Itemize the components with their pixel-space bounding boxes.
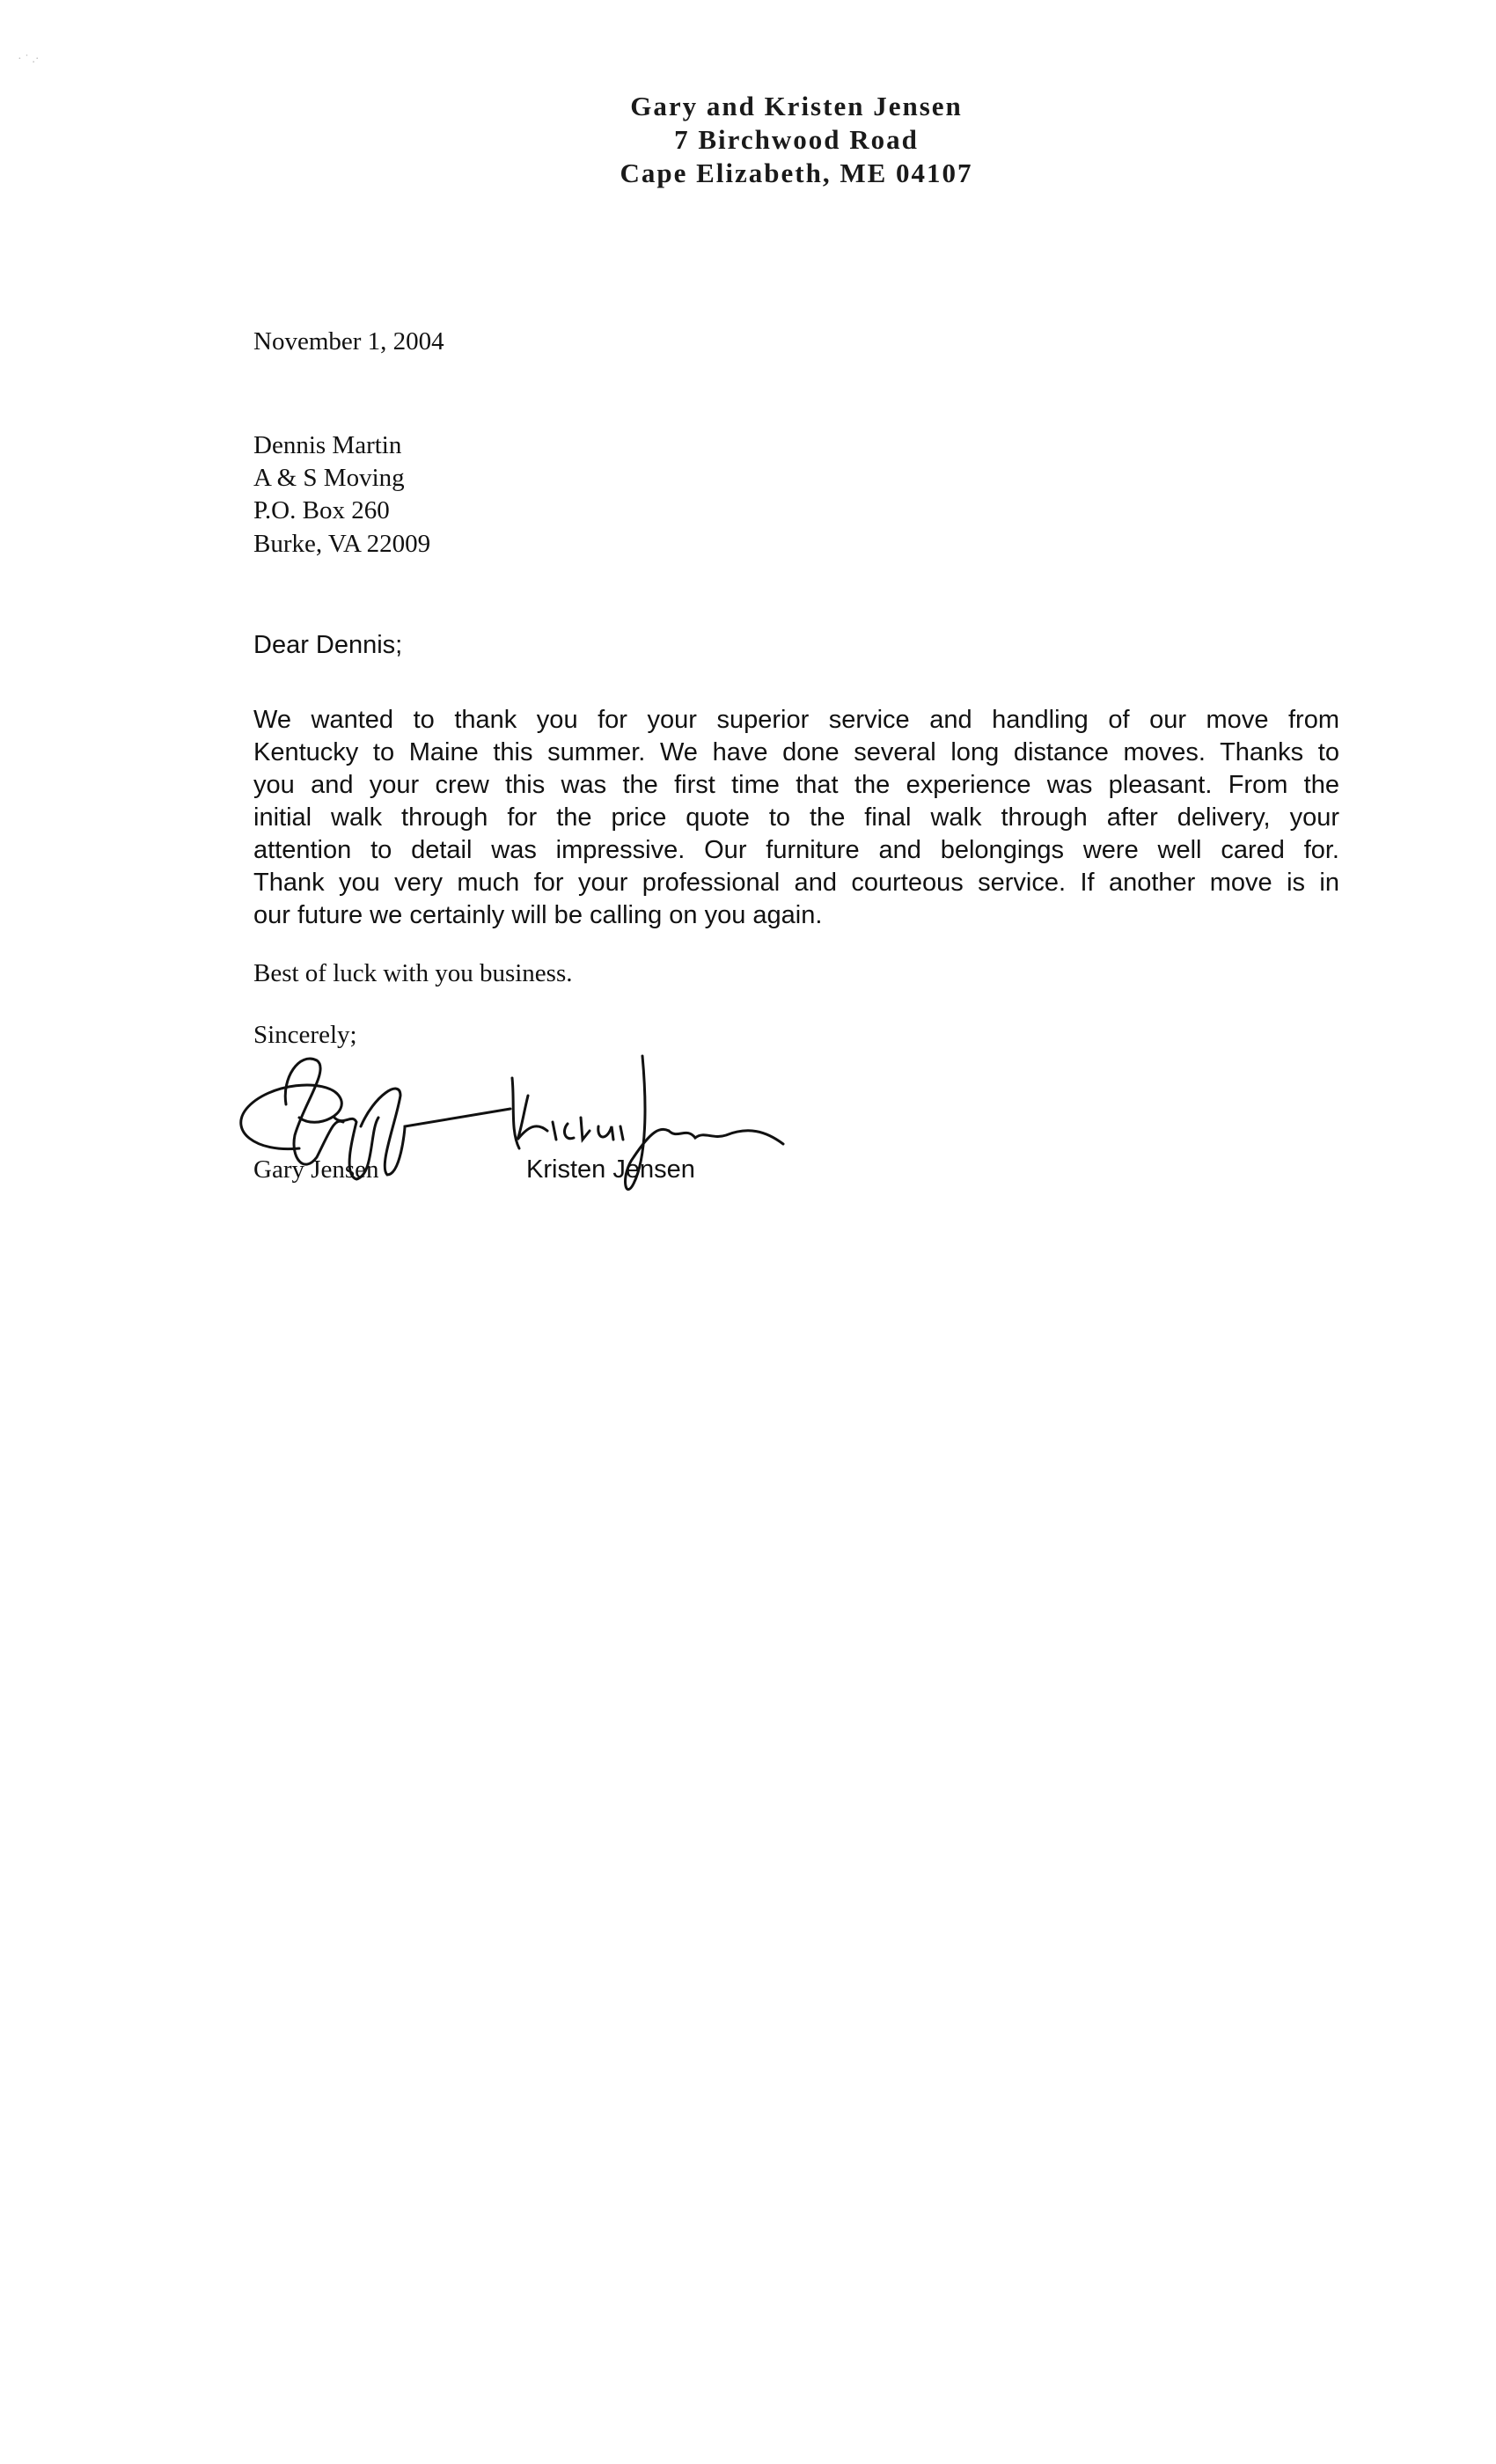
recipient-city: Burke, VA 22009 [253, 530, 430, 559]
signatory-kristen: Kristen Jensen [526, 1155, 695, 1184]
body-line: you and your crew this was the first tim… [253, 771, 1339, 800]
sender-names: Gary and Kristen Jensen [0, 91, 1496, 122]
sender-city: Cape Elizabeth, ME 04107 [0, 158, 1496, 189]
closing-remark: Best of luck with you business. [253, 959, 573, 988]
salutation: Dear Dennis; [253, 631, 402, 660]
body-line: initial walk through for the price quote… [253, 803, 1339, 832]
letter-date: November 1, 2004 [253, 327, 444, 356]
body-line: Thank you very much for your professiona… [253, 869, 1339, 898]
body-line: attention to detail was impressive. Our … [253, 836, 1339, 865]
body-line: We wanted to thank you for your superior… [253, 706, 1339, 735]
sender-street: 7 Birchwood Road [0, 124, 1496, 156]
body-line: our future we certainly will be calling … [253, 901, 1339, 930]
recipient-company: A & S Moving [253, 464, 405, 493]
body-line: Kentucky to Maine this summer. We have d… [253, 738, 1339, 767]
recipient-po-box: P.O. Box 260 [253, 496, 390, 525]
recipient-name: Dennis Martin [253, 431, 401, 460]
scan-artifact: · ˙ .· [18, 53, 40, 67]
signatory-gary: Gary Jensen [253, 1155, 379, 1184]
